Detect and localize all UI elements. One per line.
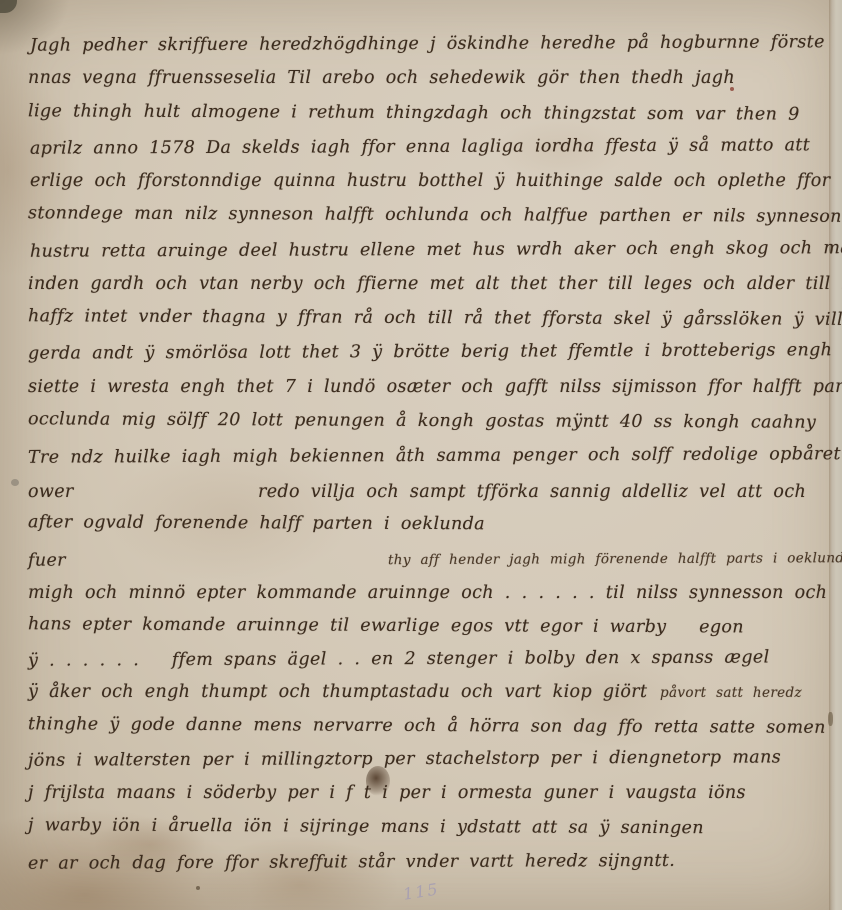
text-line: nnas vegna ffruensseselia Til arebo och …	[0, 68, 842, 96]
handwriting-segment: er ar och dag fore ffor skreffuit står v…	[28, 851, 675, 874]
handwriting-segment: thy aff hender jagh migh förenende halff…	[388, 550, 842, 568]
handwriting-segment: påvort satt heredz	[660, 685, 802, 701]
text-line: haffz intet vnder thagna y ffran rå och …	[0, 306, 842, 338]
text-line: hans epter komande aruinnge til ewarlige…	[0, 614, 842, 646]
text-line: Jagh pedher skriffuere heredzhögdhinge j…	[0, 32, 842, 64]
text-line: inden gardh och vtan nerby och ffierne m…	[0, 274, 842, 302]
handwriting-segment: thinghe ÿ gode danne mens nervarre och å…	[28, 714, 826, 737]
text-line: ÿ . . . . . . ffem spans ägel . . en 2 s…	[0, 647, 842, 679]
text-line: aprilz anno 1578 Da skelds iagh ffor enn…	[0, 135, 842, 167]
text-layer: Jagh pedher skriffuere heredzhögdhinge j…	[0, 0, 842, 910]
handwriting-segment: stonndege man nilz synneson halfft ochlu…	[28, 203, 842, 227]
handwriting-segment: ÿ åker och engh thumpt och thumptastadu …	[28, 682, 647, 702]
text-line: ÿ åker och engh thumpt och thumptastadu …	[0, 682, 842, 710]
handwriting-segment: aprilz anno 1578 Da skelds iagh ffor enn…	[30, 135, 810, 158]
manuscript-page: Jagh pedher skriffuere heredzhögdhinge j…	[0, 0, 842, 910]
handwriting-segment: erlige och fforstonndige quinna hustru b…	[30, 171, 830, 191]
handwriting-segment: gerda andt ÿ smörlösa lott thet 3 ÿ bröt…	[28, 340, 842, 364]
handwriting-segment: j warby iön i åruella iön i sijringe man…	[28, 815, 704, 838]
handwriting-segment: nnas vegna ffruensseselia Til arebo och …	[28, 68, 735, 88]
text-line: stonndege man nilz synneson halfft ochlu…	[0, 203, 842, 235]
handwriting-segment: hustru retta aruinge deel hustru ellene …	[30, 238, 842, 262]
handwriting-segment: jöns i waltersten per i millingztorp per…	[28, 747, 781, 770]
text-line: gerda andt ÿ smörlösa lott thet 3 ÿ bröt…	[0, 340, 842, 372]
handwriting-segment: migh och minnö epter kommande aruinnge o…	[28, 583, 827, 603]
handwriting-segment: haffz intet vnder thagna y ffran rå och …	[28, 306, 842, 330]
handwriting-segment: j frijlsta maans i söderby per i f t i p…	[28, 783, 746, 803]
text-line: er ar och dag fore ffor skreffuit står v…	[0, 850, 842, 882]
handwriting-segment: Jagh pedher skriffuere heredzhögdhinge j…	[30, 32, 825, 55]
text-line: erlige och fforstonndige quinna hustru b…	[0, 171, 842, 199]
text-line: migh och minnö epter kommande aruinnge o…	[0, 583, 842, 611]
text-line: lige thingh hult almogene i rethum thing…	[0, 101, 842, 133]
handwriting-segment: Tre ndz huilke iagh migh bekiennen åth s…	[28, 444, 842, 468]
handwriting-segment: lige thingh hult almogene i rethum thing…	[28, 101, 800, 124]
handwriting-segment: redo villja och sampt tfförka sannig ald…	[258, 482, 806, 502]
handwriting-segment: hans epter komande aruinnge til ewarlige…	[28, 614, 744, 637]
text-line: thinghe ÿ gode danne mens nervarre och å…	[0, 714, 842, 746]
handwriting-segment: fuer	[28, 551, 66, 571]
handwriting-segment: inden gardh och vtan nerby och ffierne m…	[28, 274, 842, 294]
text-line: hustru retta aruinge deel hustru ellene …	[0, 238, 842, 270]
text-line: jöns i waltersten per i millingztorp per…	[0, 747, 842, 779]
handwriting-segment: occlunda mig sölff 20 lott penungen å ko…	[28, 409, 816, 432]
text-line: after ogvald forenende halff parten i oe…	[0, 512, 842, 544]
handwriting-segment: ÿ . . . . . . ffem spans ägel . . en 2 s…	[28, 647, 770, 670]
text-line: occlunda mig sölff 20 lott penungen å ko…	[0, 409, 842, 441]
text-line: owerredo villja och sampt tfförka sannig…	[0, 482, 842, 510]
text-line: Tre ndz huilke iagh migh bekiennen åth s…	[0, 444, 842, 476]
handwriting-segment: after ogvald forenende halff parten i oe…	[28, 512, 485, 534]
text-line: fuerthy aff hender jagh migh förenende h…	[0, 547, 842, 579]
text-line: j warby iön i åruella iön i sijringe man…	[0, 815, 842, 847]
text-line: j frijlsta maans i söderby per i f t i p…	[0, 783, 842, 811]
handwriting-segment: ower	[28, 482, 74, 502]
text-line: siette i wresta engh thet 7 i lundö osæt…	[0, 377, 842, 405]
handwriting-segment: siette i wresta engh thet 7 i lundö osæt…	[28, 377, 842, 397]
